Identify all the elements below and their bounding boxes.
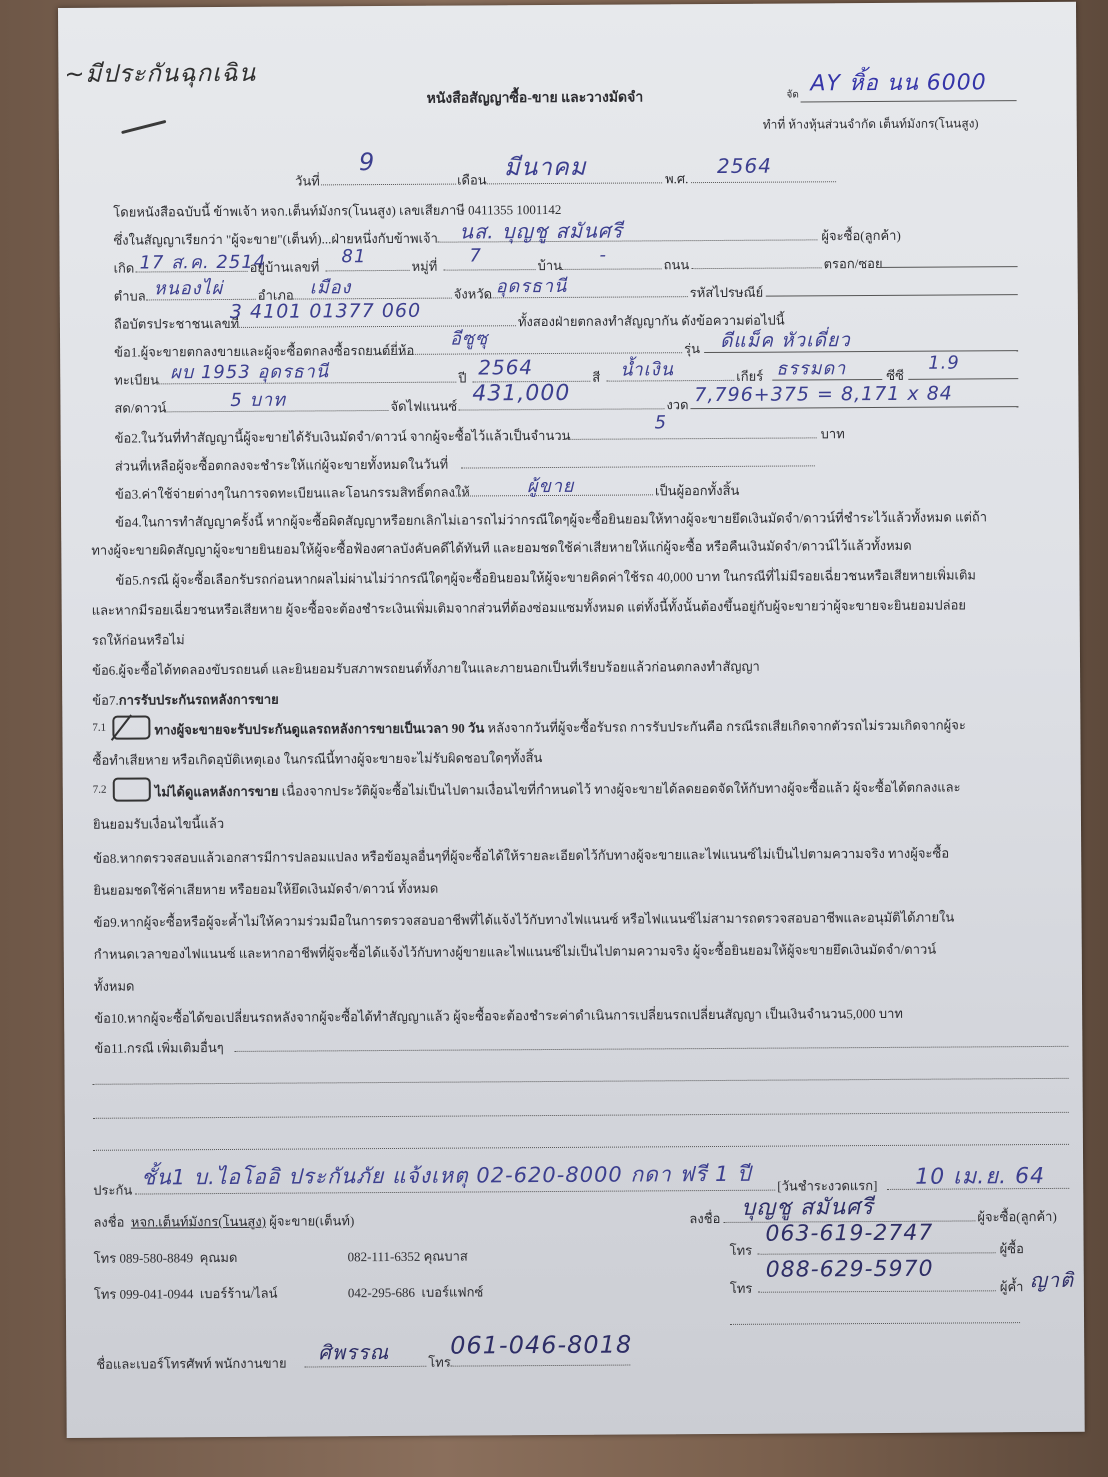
seller-phone-3: โทร 099-041-0944 เบอร์ร้าน/ไลน์ bbox=[94, 1283, 278, 1305]
vehicle-brand: อีซูซุ bbox=[450, 323, 488, 352]
buyer-phone: 063-619-2747 bbox=[765, 1221, 933, 1247]
additional-notes-line[interactable] bbox=[234, 1046, 1068, 1052]
clause-9: ข้อ9.หากผู้จะซื้อหรือผู้จะค้ำไม่ให้ความร… bbox=[94, 907, 955, 933]
buyer-name: นส. บุญชู สมันศรี bbox=[459, 215, 623, 248]
document-title: หนังสือสัญญาซื้อ-ขาย และวางมัดจำ bbox=[426, 86, 643, 109]
handwritten-finance-tag: AY หิ้อ นน 6000 bbox=[810, 64, 986, 100]
vehicle-year: 2564 bbox=[478, 355, 533, 379]
clause-10: ข้อ10.หากผู้จะซื้อได้ขอเปลี่ยนรถหลังจากผ… bbox=[94, 1003, 903, 1029]
vehicle-plate: ผบ 1953 อุดรธานี bbox=[170, 356, 329, 386]
buyer-signature: บุญชู สมันศรี bbox=[741, 1189, 874, 1225]
seller-phone-4: 042-295-686 เบอร์แฟกซ์ bbox=[348, 1281, 484, 1303]
clause-11: ข้อ11.กรณี เพิ่มเติมอื่นๆ bbox=[94, 1037, 223, 1059]
installment-amount: 7,796+375 = 8,171 x 84 bbox=[694, 383, 953, 407]
guarantor-phone: 088-629-5970 bbox=[766, 1257, 934, 1283]
subdistrict: หนองไผ่ bbox=[154, 273, 224, 302]
clause-7-1: ทางผู้จะขายจะรับประกันดูแลรถหลังการขายเป… bbox=[154, 714, 966, 740]
written-at: ทำที่ ห้างหุ้นส่วนจำกัด เต็นท์มังกร(โนนส… bbox=[763, 114, 979, 134]
seller-phone-2: 082-111-6352 คุณบาส bbox=[348, 1246, 468, 1268]
clause-7-2: ไม่ได้ดูแลหลังการขาย เนื่องจากประวัติผู้… bbox=[155, 777, 961, 803]
salesperson-phone: 061-046-8018 bbox=[450, 1331, 632, 1360]
insurance-details: ชั้น1 บ.ไอโออิ ประกันภัย แจ้งเหตุ 02-620… bbox=[141, 1158, 752, 1195]
clause-4: ข้อ4.ในการทำสัญญาครั้งนี้ หากผู้จะซื้อผิ… bbox=[115, 506, 987, 532]
clause-7-title: ข้อ7.การรับประกันรถหลังการขาย bbox=[92, 689, 279, 711]
seller-phone-1: โทร 089-580-8849 คุณมด bbox=[94, 1247, 238, 1269]
no-aftersale-care-checkbox[interactable] bbox=[113, 777, 151, 801]
down-payment: 5 บาท bbox=[230, 385, 286, 414]
clause-6: ข้อ6.ผู้จะซื้อได้ทดลองขับรถยนต์ และยินยอ… bbox=[92, 656, 760, 681]
warranty-90-days-checkbox[interactable] bbox=[112, 715, 150, 739]
handwritten-note-insurance: ~มีประกันฉุกเฉิน bbox=[64, 53, 256, 93]
salesperson-name: ศิพรรณ bbox=[318, 1336, 389, 1368]
date-month: มีนาคม bbox=[504, 147, 587, 187]
finance-amount: 431,000 bbox=[472, 381, 570, 407]
contract-paper: ~มีประกันฉุกเฉิน หนังสือสัญญาซื้อ-ขาย แล… bbox=[58, 2, 1085, 1438]
clause-5: ข้อ5.กรณี ผู้จะซื้อเลือกรับรถก่อนหากผลไม… bbox=[115, 564, 976, 590]
vehicle-gear: ธรรมดา bbox=[776, 353, 846, 382]
buyer-birthdate: 17 ส.ค. 2514 bbox=[139, 247, 266, 277]
date-year: 2564 bbox=[717, 154, 772, 178]
vehicle-cc: 1.9 bbox=[928, 352, 960, 373]
clause-8: ข้อ8.หากตรวจสอบแล้วเอกสารมีการปลอมแปลง ห… bbox=[93, 843, 949, 869]
house-number: 81 bbox=[341, 246, 366, 267]
first-payment-date: 10 เม.ย. 64 bbox=[915, 1158, 1045, 1194]
deposit-amount: 5 bbox=[654, 412, 667, 433]
district: เมือง bbox=[310, 272, 352, 301]
moo-number: 7 bbox=[469, 245, 482, 266]
pen-stroke bbox=[121, 120, 166, 134]
id-card-number: 3 4101 01377 060 bbox=[230, 300, 421, 323]
province: อุดรธานี bbox=[496, 271, 568, 300]
village: - bbox=[599, 245, 607, 266]
registration-payer: ผู้ขาย bbox=[527, 471, 575, 500]
guarantor-relation: ญาติ bbox=[1030, 1264, 1074, 1296]
label-finance-tag: จัด bbox=[786, 87, 798, 102]
vehicle-model: ดีแม็ค หัวเดี่ยว bbox=[720, 325, 851, 356]
seller-name: หจก.เต็นท์มังกร(โนนสูง) bbox=[131, 1214, 266, 1230]
date-day: 9 bbox=[359, 148, 375, 176]
vehicle-color: น้ำเงิน bbox=[620, 354, 674, 383]
checkmark-icon bbox=[111, 714, 132, 741]
